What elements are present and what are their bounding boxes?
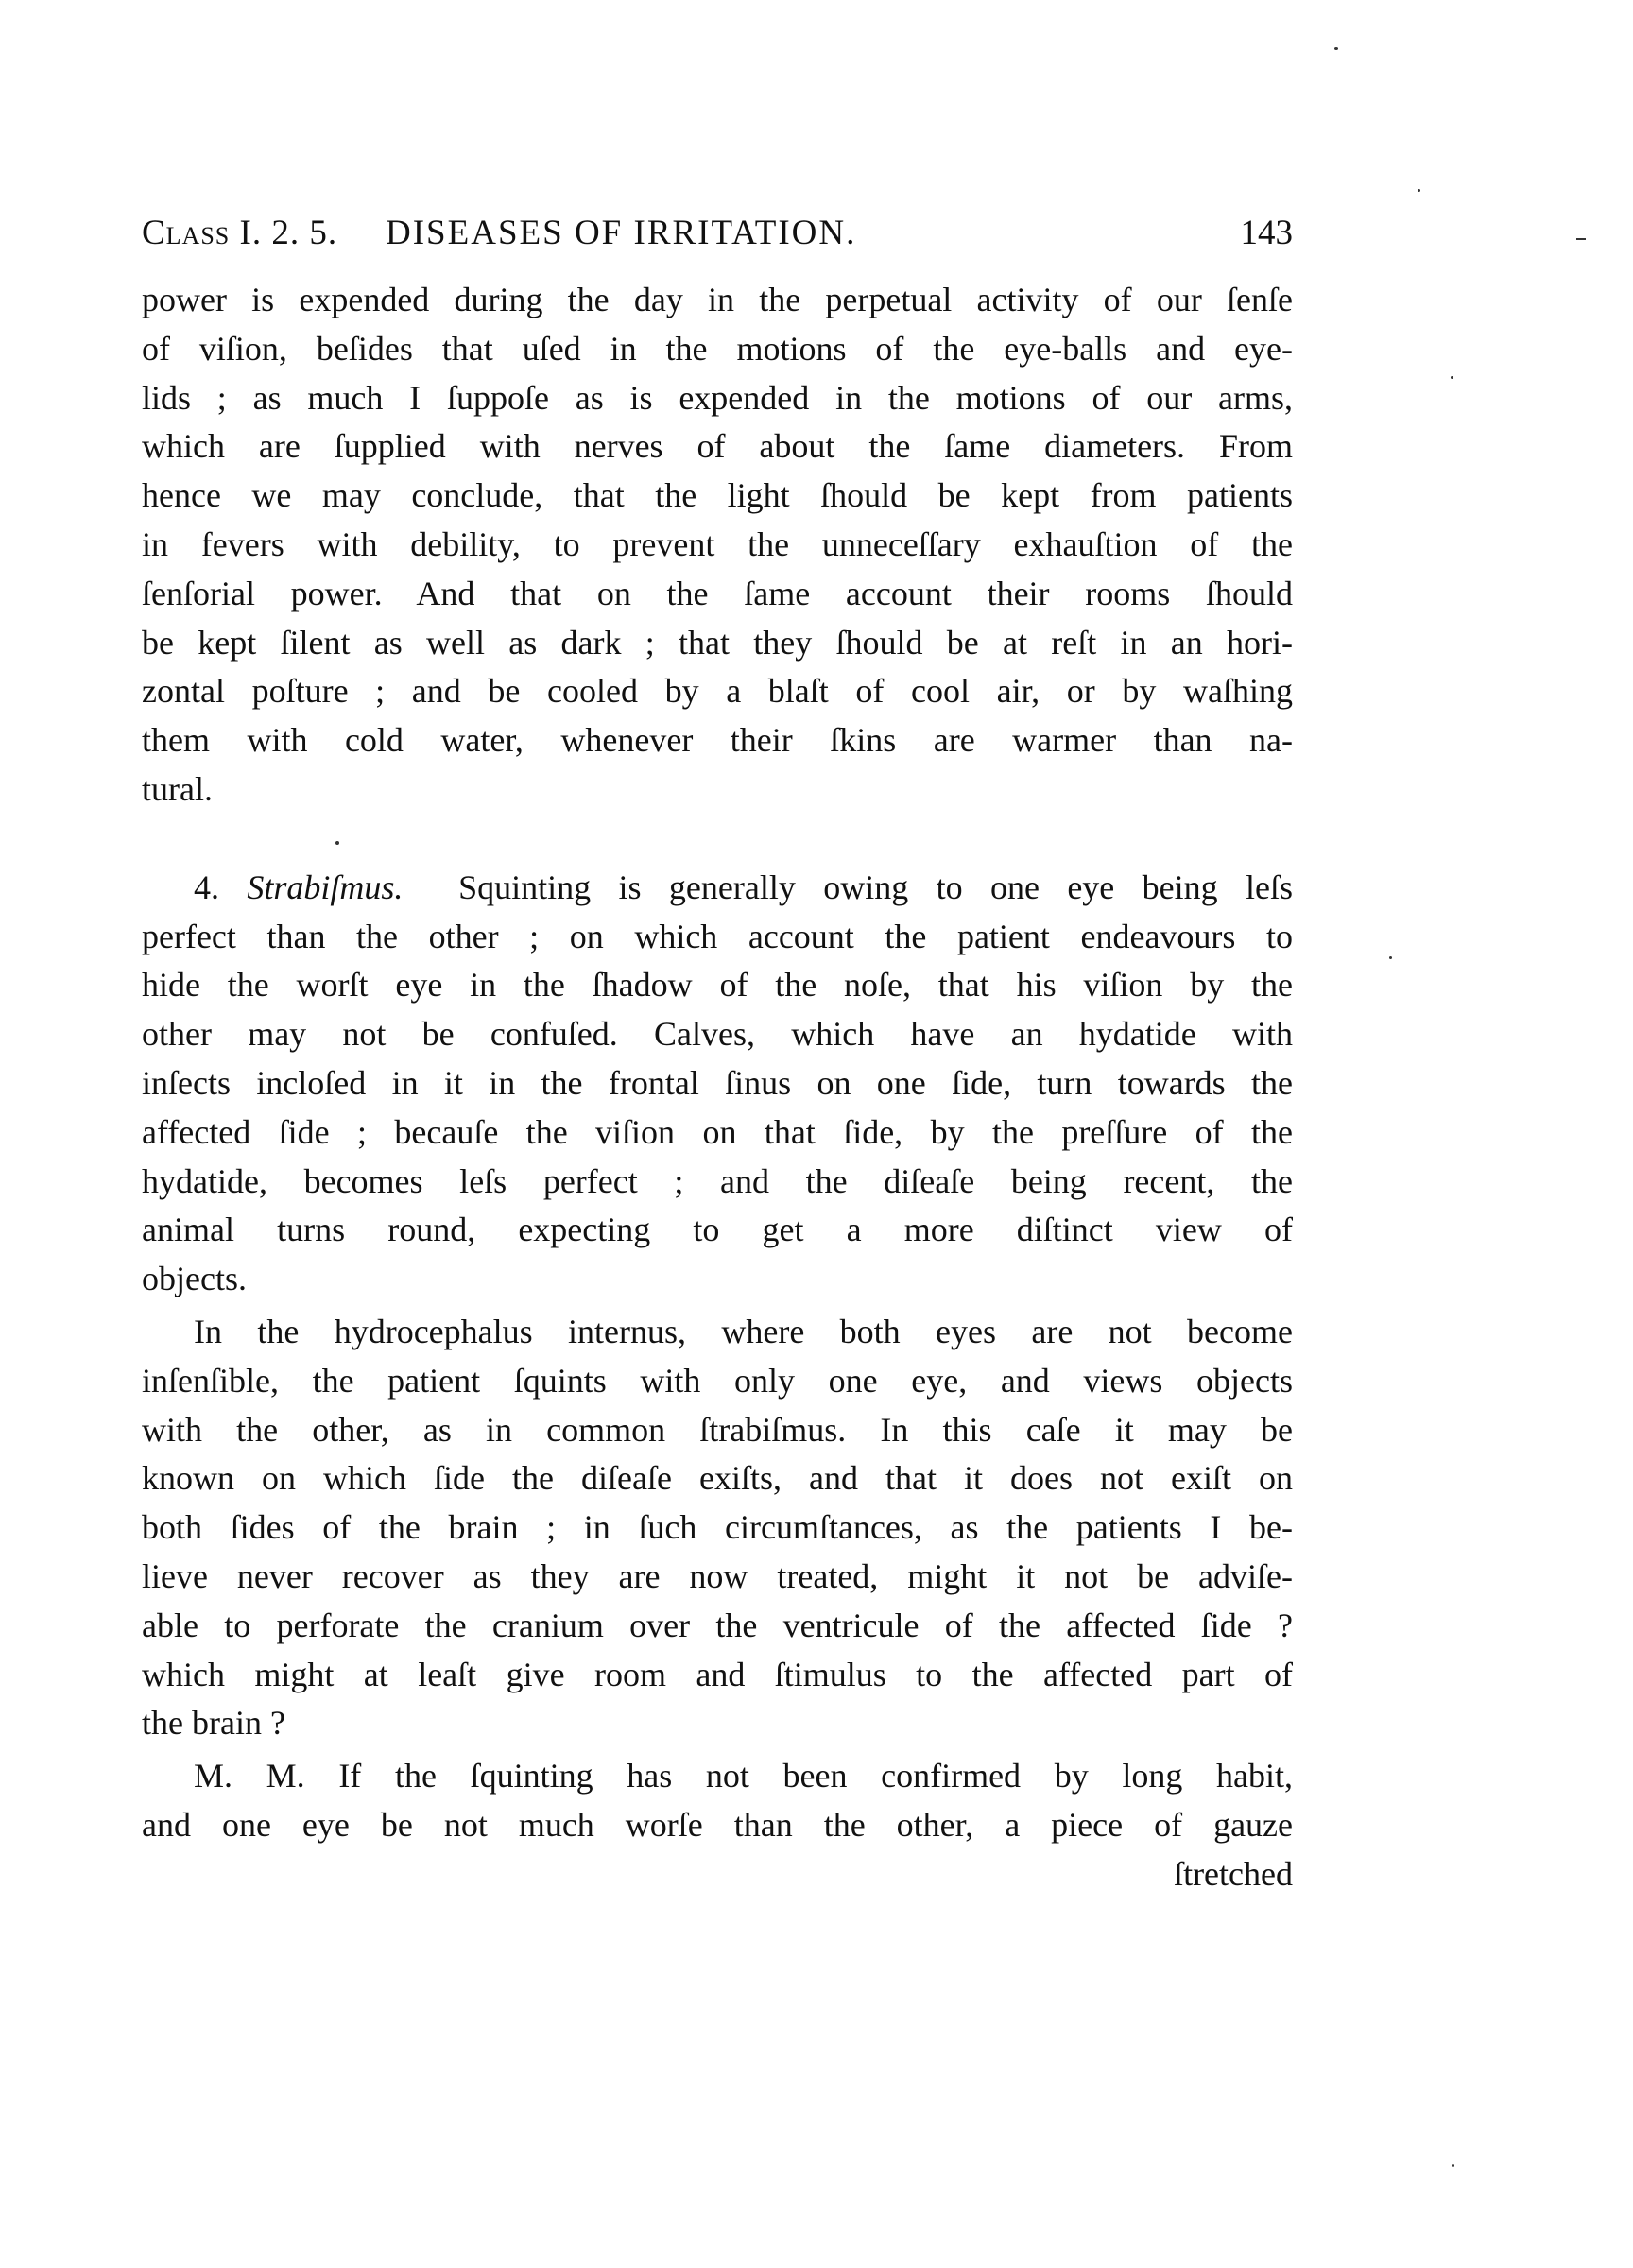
text-line: be kept ſilent as well as dark ; that th…: [142, 619, 1293, 668]
text-line: the brain ?: [142, 1699, 1293, 1748]
text-line: lieve never recover as they are now trea…: [142, 1553, 1293, 1602]
section-gap: [142, 815, 1293, 864]
running-head-class: Class I. 2. 5.: [142, 210, 337, 257]
text-line: lids ; as much I ſuppoſe as is expended …: [142, 374, 1293, 423]
scan-speck: [1452, 2164, 1454, 2167]
text-line: them with cold water, whenever their ſki…: [142, 716, 1293, 765]
paragraph-mm: M. M. If the ſquinting has not been conf…: [142, 1752, 1293, 1899]
book-page: Class I. 2. 5. DISEASES OF IRRITATION. 1…: [0, 0, 1633, 2268]
text-line: able to perforate the cranium over the v…: [142, 1602, 1293, 1651]
scan-speck: [335, 841, 339, 845]
scan-speck: [1576, 238, 1586, 240]
text-line: animal turns round, expecting to get a m…: [142, 1206, 1293, 1255]
text-line: inſects incloſed in it in the frontal ſi…: [142, 1059, 1293, 1108]
page-body: power is expended during the day in the …: [142, 276, 1293, 1899]
paragraph-1: power is expended during the day in the …: [142, 276, 1293, 815]
text-line: with the other, as in common ſtrabiſmus.…: [142, 1406, 1293, 1455]
text-line: power is expended during the day in the …: [142, 276, 1293, 325]
scan-speck: [1451, 376, 1453, 379]
text-line: inſenſible, the patient ſquints with onl…: [142, 1357, 1293, 1406]
text-line: and one eye be not much worſe than the o…: [142, 1801, 1293, 1850]
section-first-line: Squinting is generally owing to one eye …: [458, 868, 1293, 906]
text-line: in fevers with debility, to prevent the …: [142, 521, 1293, 570]
section-heading: Strabiſmus.: [247, 868, 403, 906]
page-number: 143: [1241, 210, 1294, 257]
text-line: affected ſide ; becauſe the viſion on th…: [142, 1108, 1293, 1158]
text-line: objects.: [142, 1255, 1293, 1304]
text-line: hide the worſt eye in the ſhadow of the …: [142, 961, 1293, 1010]
paragraph-hydrocephalus: In the hydrocephalus internus, where bot…: [142, 1308, 1293, 1748]
running-header: Class I. 2. 5. DISEASES OF IRRITATION. 1…: [142, 210, 1293, 257]
text-line: tural.: [142, 765, 1293, 815]
section-heading-line: 4. Strabiſmus. Squinting is generally ow…: [142, 864, 1293, 913]
text-line: ſenſorial power. And that on the ſame ac…: [142, 570, 1293, 619]
scan-speck: [1334, 47, 1338, 50]
text-line: which might at leaſt give room and ſtimu…: [142, 1651, 1293, 1700]
scan-speck: [1389, 956, 1392, 959]
text-line: M. M. If the ſquinting has not been conf…: [142, 1752, 1293, 1801]
text-line: In the hydrocephalus internus, where bot…: [142, 1308, 1293, 1357]
text-line: both ſides of the brain ; in ſuch circum…: [142, 1503, 1293, 1553]
text-line: other may not be confuſed. Calves, which…: [142, 1010, 1293, 1059]
text-line: perfect than the other ; on which accoun…: [142, 913, 1293, 962]
text-line: which are ſupplied with nerves of about …: [142, 422, 1293, 472]
paragraph-strabismus: 4. Strabiſmus. Squinting is generally ow…: [142, 864, 1293, 1304]
text-line: hence we may conclude, that the light ſh…: [142, 472, 1293, 521]
section-number: 4.: [194, 868, 219, 906]
text-line: of viſion, beſides that uſed in the moti…: [142, 325, 1293, 374]
text-line: hydatide, becomes leſs perfect ; and the…: [142, 1158, 1293, 1207]
catchword: ſtretched: [142, 1850, 1293, 1899]
scan-speck: [1418, 189, 1420, 192]
text-line: known on which ſide the diſeaſe exiſts, …: [142, 1454, 1293, 1503]
page-title: DISEASES OF IRRITATION.: [386, 210, 856, 257]
text-line: zontal poſture ; and be cooled by a blaſ…: [142, 667, 1293, 716]
